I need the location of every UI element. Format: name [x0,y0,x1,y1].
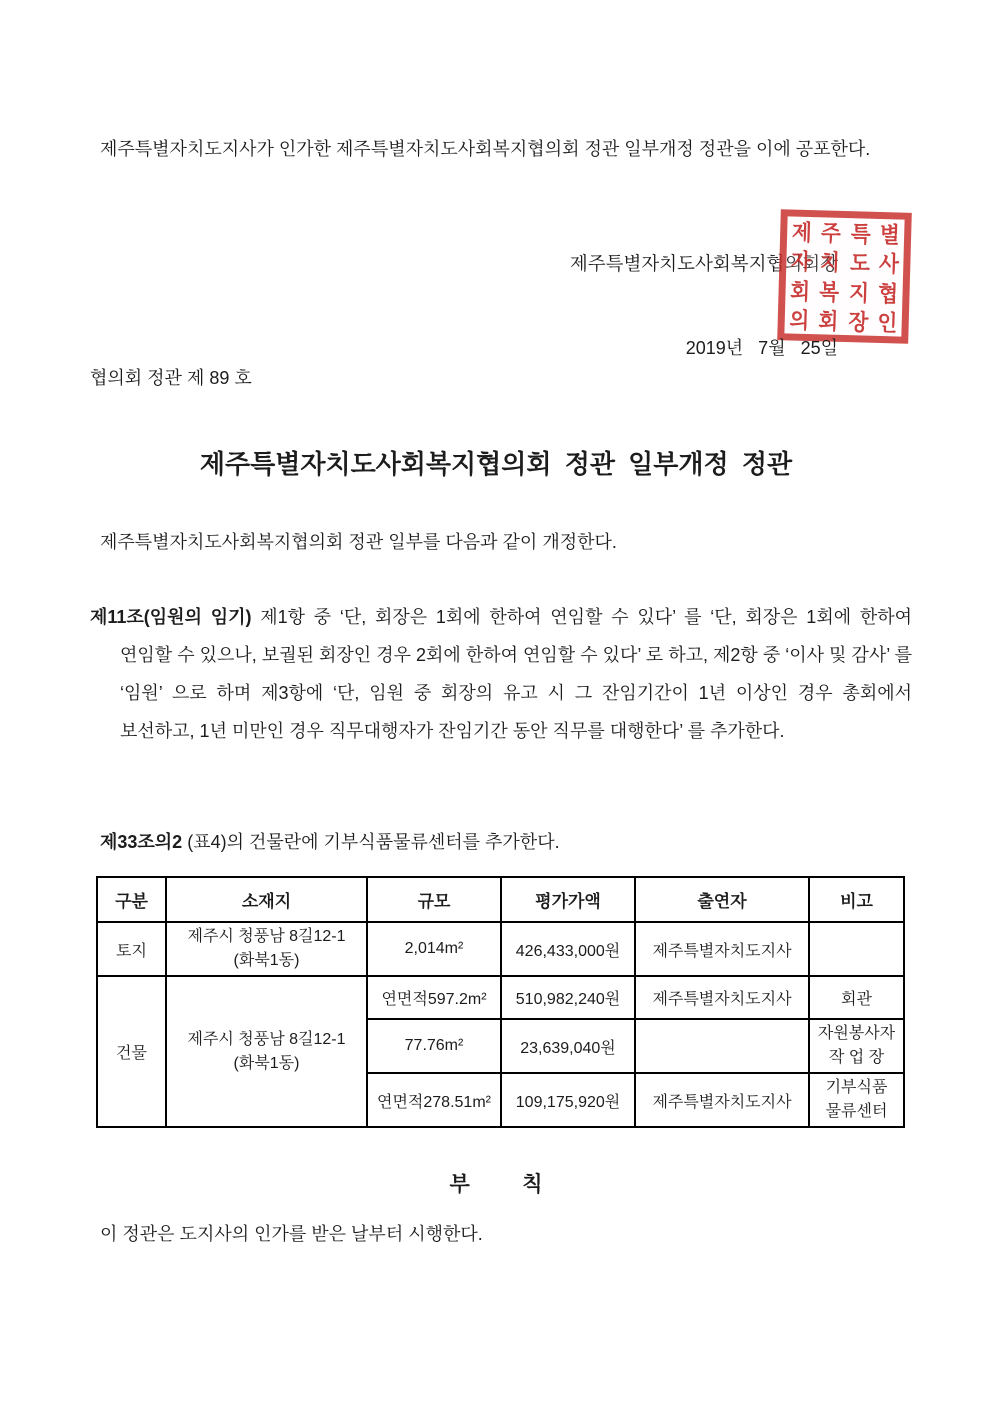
appendix-body: 이 정관은 도지사의 인가를 받은 날부터 시행한다. [100,1220,900,1246]
land-donor: 제주특별자치도지사 [635,922,809,976]
building-3-note: 기부식품물류센터 [809,1073,904,1127]
article-11-label: 제11조(임원의 임기) [90,607,251,627]
signer-line: 제주특별자치도사회복지협의회장 [0,250,838,276]
header-note: 비고 [809,877,904,922]
building-category: 건물 [97,976,166,1127]
building-3-size: 연면적278.51m² [367,1073,501,1127]
header-size: 규모 [367,877,501,922]
document-title: 제주특별자치도사회복지협의회 정관 일부개정 정관 [0,444,992,481]
land-value: 426,433,000원 [501,922,635,976]
table-row-building-1: 건물 제주시 청풍남 8길12-1(화북1동) 연면적597.2m² 510,9… [97,976,904,1019]
header-address: 소재지 [166,877,367,922]
table-header-row: 구분 소재지 규모 평가가액 출연자 비고 [97,877,904,922]
building-2-value: 23,639,040원 [501,1019,635,1073]
official-seal-stamp: 제 주 특 별 자 치 도 사 회 복 지 협 의 회 장 인 [777,209,912,344]
promulgation-date: 2019년 7월 25일 [0,334,838,360]
building-1-size: 연면적597.2m² [367,976,501,1019]
seal-char: 장 [842,303,875,338]
land-note [809,922,904,976]
building-1-value: 510,982,240원 [501,976,635,1019]
article-33-2-paragraph: 제33조의2 (표4)의 건물란에 기부식품물류센터를 추가한다. [100,828,910,854]
building-1-donor: 제주특별자치도지사 [635,976,809,1019]
header-value: 평가가액 [501,877,635,922]
building-1-note: 회관 [809,976,904,1019]
land-address: 제주시 청풍남 8길12-1(화북1동) [166,922,367,976]
building-2-size: 77.76m² [367,1019,501,1073]
header-donor: 출연자 [635,877,809,922]
building-3-donor: 제주특별자치도지사 [635,1073,809,1127]
building-address: 제주시 청풍남 8길12-1(화북1동) [166,976,367,1127]
document-number: 협의회 정관 제 89 호 [90,364,252,390]
appendix-title: 부 칙 [0,1168,992,1198]
article-33-2-label: 제33조의2 [100,832,182,852]
table-row-land: 토지 제주시 청풍남 8길12-1(화북1동) 2,014m² 426,433,… [97,922,904,976]
building-2-donor [635,1019,809,1073]
amendment-preamble: 제주특별자치도사회복지협의회 정관 일부를 다음과 같이 개정한다. [100,528,900,554]
article-11-body: 제1항 중 ‘단, 회장은 1회에 한하여 연임할 수 있다’ 를 ‘단, 회장… [120,607,912,741]
header-category: 구분 [97,877,166,922]
land-category: 토지 [97,922,166,976]
property-table: 구분 소재지 규모 평가가액 출연자 비고 토지 제주시 청풍남 8길12-1(… [96,876,905,1128]
article-33-2-body: (표4)의 건물란에 기부식품물류센터를 추가한다. [182,832,559,852]
article-11-paragraph: 제11조(임원의 임기) 제1항 중 ‘단, 회장은 1회에 한하여 연임할 수… [90,598,912,750]
seal-char: 의 [783,301,816,336]
seal-char: 인 [871,304,904,339]
land-size: 2,014m² [367,922,501,976]
document-page: 제주특별자치도지사가 인가한 제주특별자치도사회복지협의회 정관 일부개정 정관… [0,0,992,1403]
promulgation-paragraph: 제주특별자치도지사가 인가한 제주특별자치도사회복지협의회 정관 일부개정 정관… [90,126,904,172]
building-3-value: 109,175,920원 [501,1073,635,1127]
seal-char: 회 [812,302,845,337]
building-2-note: 자원봉사자작 업 장 [809,1019,904,1073]
